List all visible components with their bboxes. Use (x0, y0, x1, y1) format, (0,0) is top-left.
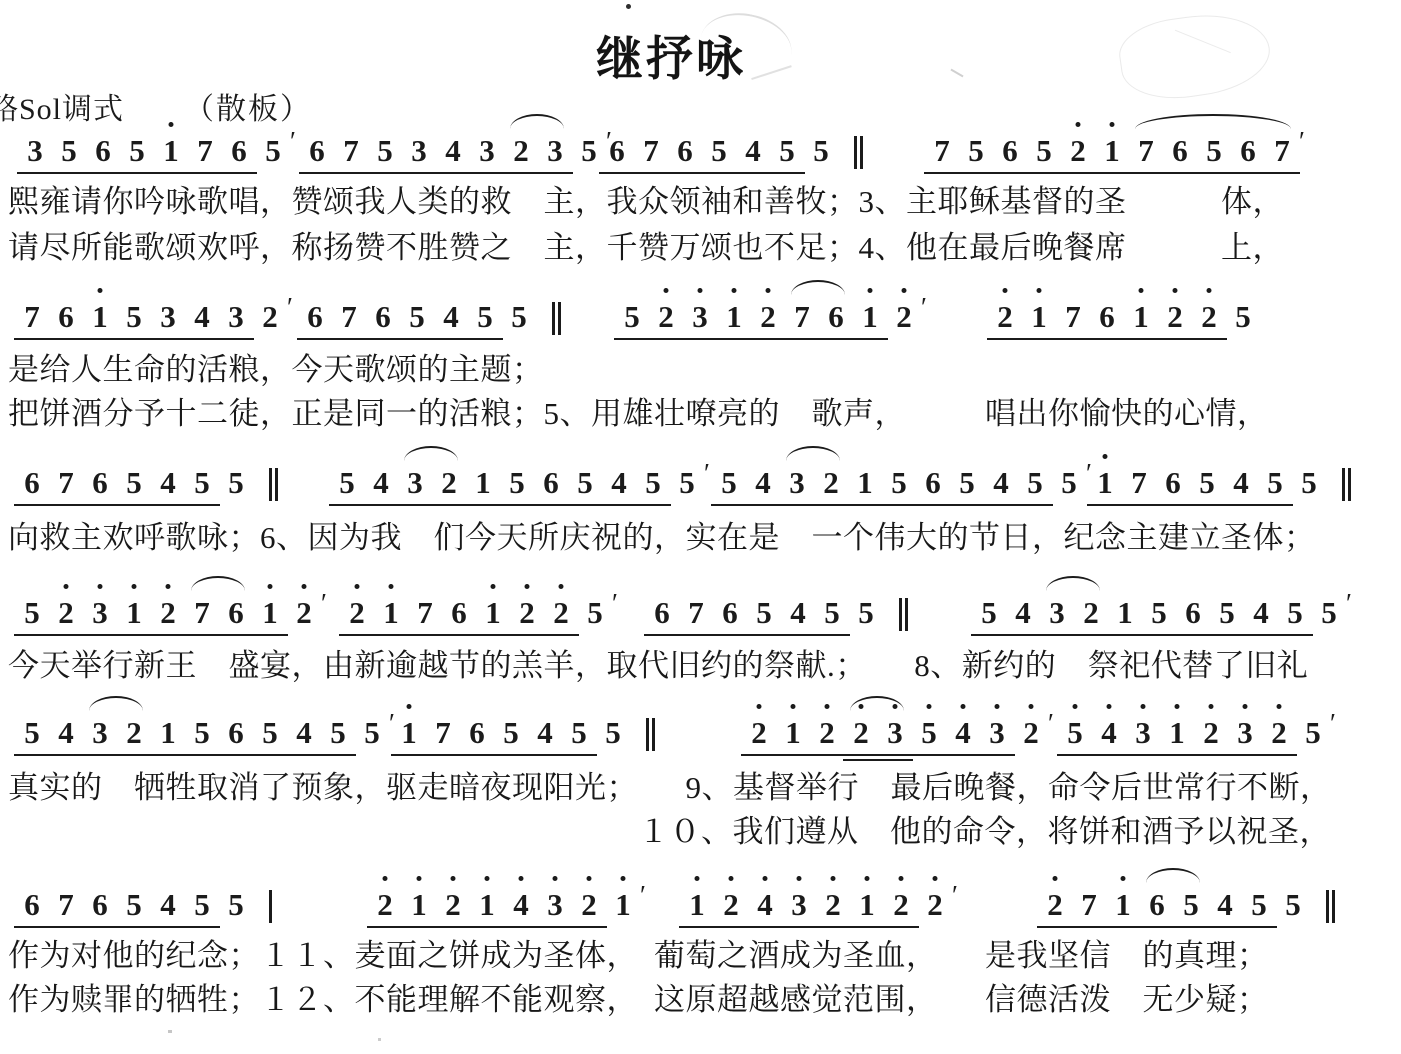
note: 2 (1262, 714, 1296, 752)
note: 5 (815, 594, 849, 632)
note: 2 (117, 714, 151, 752)
note: 5 (253, 714, 287, 752)
note: 7 (49, 464, 83, 502)
note: 5 (1058, 714, 1092, 752)
note: 5 (562, 714, 596, 752)
music-segment: 76153432′ (15, 298, 303, 336)
lyric-line: 把饼酒分予十二徒，正是同一的活粮；5、用雄壮嘹亮的 歌声， 唱出你愉快的心情， (8, 388, 1269, 433)
music-segment: 54321565455′ (712, 464, 1102, 502)
music-segment: 523127612′ (615, 298, 937, 336)
note: 2 (884, 886, 918, 924)
note: 6 (1163, 132, 1197, 170)
note: 6 (534, 464, 568, 502)
double-barline (552, 302, 561, 335)
note: 5 (400, 298, 434, 336)
note: 3 (398, 464, 432, 502)
note: 5 (1018, 464, 1052, 502)
lyric-line: 作为赎罪的牺牲；１２、不能理解不能观察， 这原超越感觉范围， 信德活泼 无少疑； (8, 974, 1269, 1019)
breath-mark: ′ (640, 886, 656, 924)
note: 5 (1174, 886, 1208, 924)
note: 7 (1056, 298, 1090, 336)
lyric-line: 请尽所能歌颂欢呼，称扬赞不胜赞之 主，千赞万颂也不足；4、他在最后晚餐席 上， (8, 222, 1284, 267)
music-segment: 6765455 (15, 464, 282, 502)
music-segment: 21761225 (988, 298, 1260, 336)
note: 4 (1092, 714, 1126, 752)
note: 5 (330, 464, 364, 502)
lyric-line: 熙雍请你吟咏歌唱，赞颂我人类的救 主，我众领袖和善牧；3、主耶稣基督的圣 体， (8, 176, 1284, 221)
note: 4 (1244, 594, 1278, 632)
note: 6 (219, 594, 253, 632)
note: 6 (1156, 464, 1190, 502)
note: 5 (15, 714, 49, 752)
music-segment: 212235432′ (742, 714, 1064, 752)
note: 7 (679, 594, 713, 632)
note: 5 (117, 464, 151, 502)
note: 5 (117, 886, 151, 924)
note: 5 (1296, 714, 1330, 752)
lyric-line: １０、我们遵从 他的命令，将饼和酒予以祝圣， (638, 806, 1331, 851)
breath-mark: ′ (1299, 132, 1315, 170)
note: 5 (120, 132, 154, 170)
music-segment: 523127612′ (15, 594, 337, 632)
note: 4 (49, 714, 83, 752)
music-segment: 21214321′ (368, 886, 656, 924)
note: 5 (1210, 594, 1244, 632)
lyric-line: 今天举行新王 盛宴，由新逾越节的羔羊，取代旧约的祭献.； 8、新约的 祭祀代替了… (8, 640, 1308, 685)
note: 6 (86, 132, 120, 170)
note: 5 (256, 132, 290, 170)
lyric-line: 是给人生命的活粮，今天歌颂的主题； (8, 344, 544, 389)
note: 6 (15, 886, 49, 924)
note: 3 (780, 464, 814, 502)
note: 5 (52, 132, 86, 170)
note: 2 (1061, 132, 1095, 170)
lyric-line: 向救主欢呼歌咏；6、因为我 们今天所庆祝的，实在是 一个伟大的节日，纪念主建立圣… (8, 512, 1316, 557)
note: 3 (1126, 714, 1160, 752)
note: 5 (804, 132, 838, 170)
note: 6 (15, 464, 49, 502)
note: 1 (374, 594, 408, 632)
note: 5 (1276, 886, 1310, 924)
note: 7 (49, 886, 83, 924)
note: 4 (984, 464, 1018, 502)
note: 1 (476, 594, 510, 632)
note: 2 (1158, 298, 1192, 336)
note: 5 (368, 132, 402, 170)
note: 5 (1142, 594, 1176, 632)
note: 6 (600, 132, 634, 170)
note: 5 (500, 464, 534, 502)
note: 4 (151, 464, 185, 502)
note: 4 (736, 132, 770, 170)
note: 2 (253, 298, 287, 336)
note: 4 (528, 714, 562, 752)
double-barline (269, 468, 278, 501)
note: 7 (1122, 464, 1156, 502)
note: 3 (538, 886, 572, 924)
note: 5 (568, 464, 602, 502)
scan-artifact (1115, 6, 1275, 106)
note: 5 (882, 464, 916, 502)
note: 2 (810, 714, 844, 752)
note: 1 (853, 298, 887, 336)
note: 6 (460, 714, 494, 752)
note: 7 (188, 132, 222, 170)
music-segment: 1765455 (392, 714, 659, 752)
note: 5 (185, 886, 219, 924)
note: 3 (782, 886, 816, 924)
slur: 32 (398, 464, 466, 502)
note: 5 (219, 886, 253, 924)
note: 4 (748, 886, 782, 924)
note: 3 (1040, 594, 1074, 632)
note: 6 (713, 594, 747, 632)
note: 7 (1129, 132, 1163, 170)
note: 5 (117, 298, 151, 336)
note: 5 (712, 464, 746, 502)
note: 2 (510, 594, 544, 632)
note: 7 (925, 132, 959, 170)
double-barline (1326, 890, 1335, 923)
note: 5 (702, 132, 736, 170)
breath-mark: ′ (612, 594, 628, 632)
note: 6 (442, 594, 476, 632)
note: 4 (287, 714, 321, 752)
slur: 23 (844, 714, 912, 752)
note: 2 (1074, 594, 1108, 632)
note: 2 (649, 298, 683, 336)
note: 2 (918, 886, 952, 924)
note: 6 (222, 132, 256, 170)
note: 7 (1265, 132, 1299, 170)
note: 5 (1242, 886, 1276, 924)
note: 5 (849, 594, 883, 632)
scan-artifact (1165, 30, 1231, 78)
note: 3 (83, 714, 117, 752)
note: 5 (747, 594, 781, 632)
note: 1 (776, 714, 810, 752)
music-segment: 12432122′ (680, 886, 968, 924)
note: 3 (83, 594, 117, 632)
note: 5 (1292, 464, 1326, 502)
note: 2 (49, 594, 83, 632)
scan-artifact (168, 1030, 172, 1033)
note: 5 (1278, 594, 1312, 632)
note: 4 (436, 132, 470, 170)
note: 3 (18, 132, 52, 170)
note: 2 (844, 714, 878, 752)
scan-artifact (950, 69, 963, 78)
note: 3 (219, 298, 253, 336)
note: 1 (117, 594, 151, 632)
music-segment: 75652176567′ (925, 132, 1315, 170)
note: 7 (334, 132, 368, 170)
slur: 76 (785, 298, 853, 336)
note: 2 (751, 298, 785, 336)
note: 2 (988, 298, 1022, 336)
note: 2 (287, 594, 321, 632)
note: 5 (1027, 132, 1061, 170)
note: 5 (950, 464, 984, 502)
note: 1 (1108, 594, 1142, 632)
note: 5 (185, 714, 219, 752)
slur: 76567 (1129, 132, 1299, 170)
scan-artifact (626, 4, 631, 9)
note: 2 (1014, 714, 1048, 752)
note: 7 (1072, 886, 1106, 924)
note: 6 (219, 714, 253, 752)
sheet-page: 继抒咏 略Sol调式 （散板） 35651765′675343235′67654… (0, 0, 1401, 1054)
note: 5 (578, 594, 612, 632)
double-barline (646, 718, 655, 751)
note: 4 (434, 298, 468, 336)
slur: 23 (504, 132, 572, 170)
music-segment: 6765455 (15, 886, 278, 924)
music-segment: 35651765′ (18, 132, 306, 170)
note: 7 (426, 714, 460, 752)
note: 6 (993, 132, 1027, 170)
breath-mark: ′ (921, 298, 937, 336)
note: 5 (1258, 464, 1292, 502)
breath-mark: ′ (321, 594, 337, 632)
note: 5 (636, 464, 670, 502)
note: 5 (670, 464, 704, 502)
note: 2 (814, 464, 848, 502)
note: 3 (1228, 714, 1262, 752)
note: 3 (878, 714, 912, 752)
music-segment: 675343235′ (300, 132, 622, 170)
note: 2 (1192, 298, 1226, 336)
breath-mark: ′ (1346, 594, 1362, 632)
note: 5 (596, 714, 630, 752)
note: 3 (980, 714, 1014, 752)
note: 4 (781, 594, 815, 632)
music-segment: 54321565455′ (15, 714, 405, 752)
note: 6 (645, 594, 679, 632)
double-barline (1342, 468, 1351, 501)
note: 7 (15, 298, 49, 336)
music-segment: 6765455 (600, 132, 867, 170)
breath-mark: ′ (1330, 714, 1346, 752)
note: 5 (770, 132, 804, 170)
music-segment: 1765455 (1088, 464, 1355, 502)
note: 5 (615, 298, 649, 336)
note: 5 (959, 132, 993, 170)
barline (269, 890, 272, 923)
music-segment: 54321565455′ (972, 594, 1362, 632)
note: 1 (154, 132, 188, 170)
lyric-line: 作为对他的纪念；１１、麦面之饼成为圣体， 葡萄之酒成为圣血， 是我坚信 的真理； (8, 930, 1269, 975)
slur: 76 (185, 594, 253, 632)
note: 1 (1124, 298, 1158, 336)
lyric-line: 真实的 牺牲取消了预象，驱走暗夜现阳光； 9、基督举行 最后晚餐，命令后世常行不… (8, 762, 1332, 807)
note: 6 (916, 464, 950, 502)
note: 4 (1224, 464, 1258, 502)
note: 2 (151, 594, 185, 632)
music-segment: 27165455 (1038, 886, 1339, 924)
note: 2 (432, 464, 466, 502)
mode-label: 略Sol调式 (0, 84, 124, 128)
music-segment: 6765455 (645, 594, 912, 632)
slur: 32 (1040, 594, 1108, 632)
note: 1 (1106, 886, 1140, 924)
double-barline (854, 136, 863, 169)
note: 6 (298, 298, 332, 336)
note: 1 (83, 298, 117, 336)
note: 6 (1140, 886, 1174, 924)
note: 1 (606, 886, 640, 924)
note: 2 (504, 132, 538, 170)
note: 4 (746, 464, 780, 502)
note: 1 (1088, 464, 1122, 502)
page-title: 继抒咏 (596, 22, 746, 89)
scan-artifact (746, 50, 792, 80)
note: 5 (1052, 464, 1086, 502)
note: 2 (544, 594, 578, 632)
note: 5 (15, 594, 49, 632)
note: 4 (602, 464, 636, 502)
note: 6 (83, 464, 117, 502)
note: 7 (634, 132, 668, 170)
music-segment: 54312325′ (1058, 714, 1346, 752)
tempo-label: （散板） (184, 84, 312, 128)
note: 1 (470, 886, 504, 924)
double-barline (899, 598, 908, 631)
note: 1 (402, 886, 436, 924)
note: 5 (321, 714, 355, 752)
note: 6 (1090, 298, 1124, 336)
note: 3 (683, 298, 717, 336)
note: 1 (1095, 132, 1129, 170)
note: 4 (364, 464, 398, 502)
note: 1 (466, 464, 500, 502)
note: 3 (538, 132, 572, 170)
note: 1 (392, 714, 426, 752)
note: 7 (332, 298, 366, 336)
note: 1 (1160, 714, 1194, 752)
note: 3 (151, 298, 185, 336)
note: 2 (368, 886, 402, 924)
note: 3 (402, 132, 436, 170)
slur: 32 (83, 714, 151, 752)
note: 5 (468, 298, 502, 336)
note: 2 (1038, 886, 1072, 924)
note: 6 (1176, 594, 1210, 632)
note: 4 (1006, 594, 1040, 632)
note: 5 (219, 464, 253, 502)
note: 6 (819, 298, 853, 336)
note: 5 (912, 714, 946, 752)
note: 7 (185, 594, 219, 632)
note: 5 (502, 298, 536, 336)
note: 6 (300, 132, 334, 170)
note: 5 (1190, 464, 1224, 502)
note: 6 (668, 132, 702, 170)
note: 2 (887, 298, 921, 336)
note: 2 (340, 594, 374, 632)
note: 1 (151, 714, 185, 752)
note: 5 (1312, 594, 1346, 632)
note: 4 (151, 886, 185, 924)
slur: 65 (1140, 886, 1208, 924)
note: 2 (816, 886, 850, 924)
music-segment: 54321565455′ (330, 464, 720, 502)
breath-mark: ′ (952, 886, 968, 924)
note: 7 (785, 298, 819, 336)
note: 4 (946, 714, 980, 752)
note: 1 (850, 886, 884, 924)
note: 6 (1231, 132, 1265, 170)
scan-artifact (378, 1038, 381, 1041)
note: 6 (366, 298, 400, 336)
note: 5 (355, 714, 389, 752)
note: 5 (185, 464, 219, 502)
music-segment: 6765455 (298, 298, 565, 336)
note: 2 (1194, 714, 1228, 752)
note: 1 (848, 464, 882, 502)
slur: 32 (780, 464, 848, 502)
note: 5 (1197, 132, 1231, 170)
note: 1 (680, 886, 714, 924)
note: 2 (742, 714, 776, 752)
note: 6 (49, 298, 83, 336)
music-segment: 21761225′ (340, 594, 628, 632)
note: 1 (717, 298, 751, 336)
note: 2 (572, 886, 606, 924)
note: 1 (253, 594, 287, 632)
note: 5 (494, 714, 528, 752)
note: 5 (972, 594, 1006, 632)
note: 3 (470, 132, 504, 170)
note: 6 (83, 886, 117, 924)
note: 4 (504, 886, 538, 924)
note: 4 (185, 298, 219, 336)
note: 4 (1208, 886, 1242, 924)
note: 2 (436, 886, 470, 924)
note: 7 (408, 594, 442, 632)
note: 2 (714, 886, 748, 924)
note: 1 (1022, 298, 1056, 336)
note: 5 (1226, 298, 1260, 336)
